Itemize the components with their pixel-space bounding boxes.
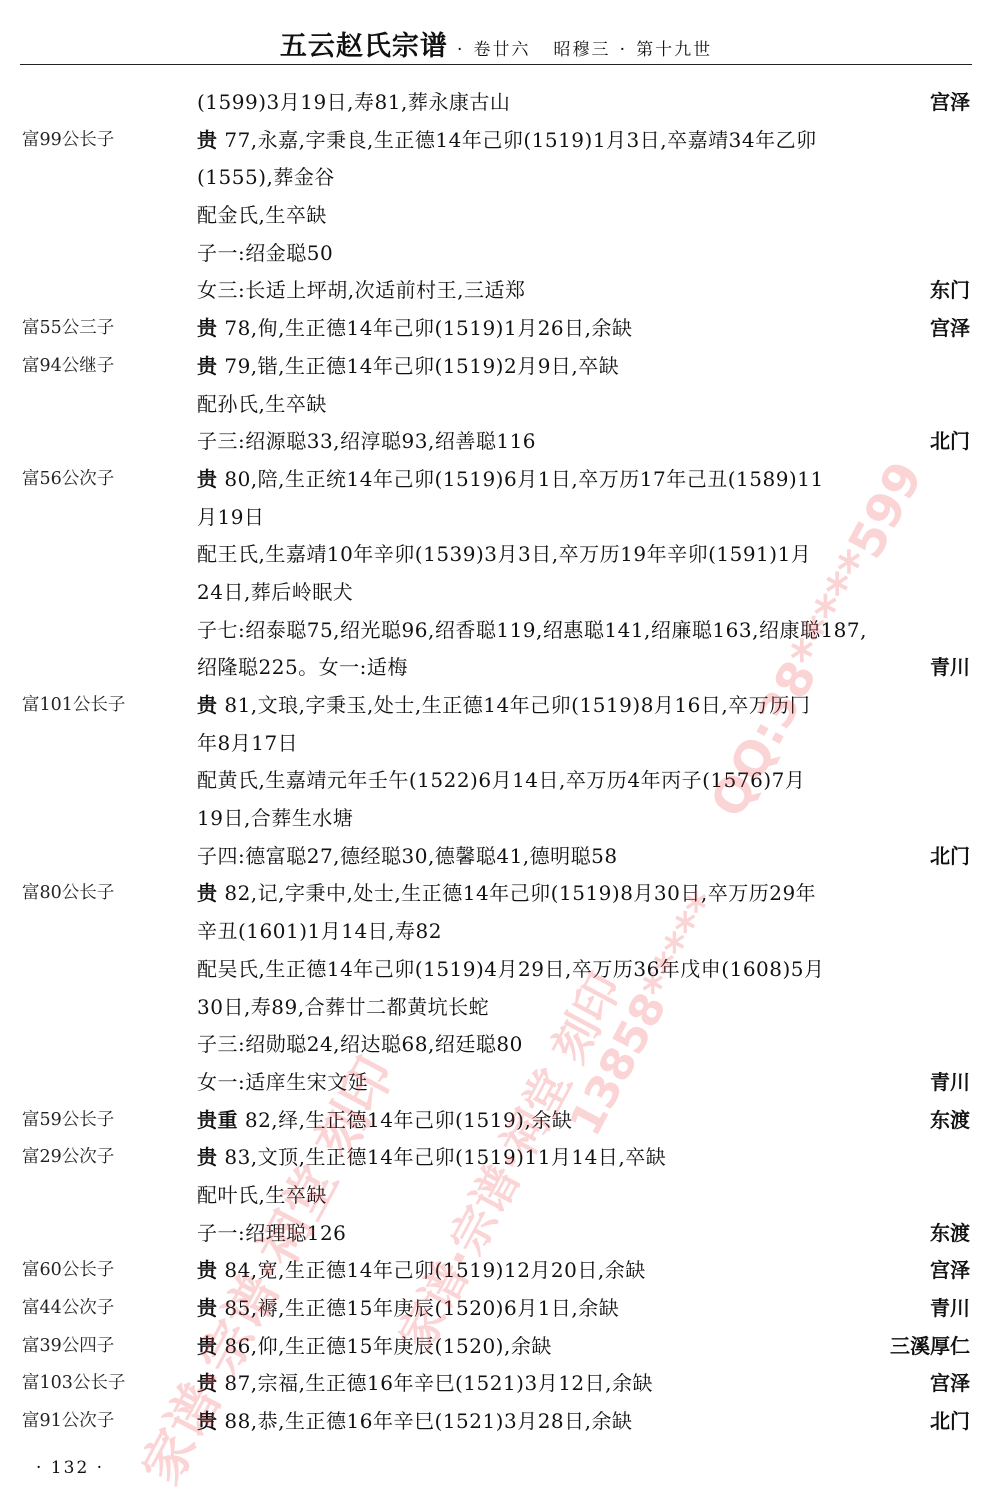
entry-text: 月19日: [197, 499, 264, 537]
entry-line: 富56公次子贵 80,陪,生正统14年己卯(1519)6月1日,卒万历17年己丑…: [0, 461, 992, 499]
entry-text: 贵 83,文顶,生正德14年己卯(1519)11月14日,卒缺: [197, 1139, 666, 1177]
entry-text: 女一:适庠生宋文延: [197, 1064, 368, 1102]
entry-line: 辛丑(1601)1月14日,寿82: [0, 913, 992, 951]
father-label: 富103公长子: [22, 1365, 125, 1403]
entry-body: 配孙氏,生卒缺: [197, 392, 327, 416]
entry-text: 贵 82,记,字秉中,处士,生正德14年己卯(1519)8月30日,卒万历29年: [197, 875, 816, 913]
entry-text: 子三:绍勋聪24,绍达聪68,绍廷聪80: [197, 1026, 523, 1064]
father-label: 富60公长子: [22, 1252, 114, 1290]
entry-line: 子七:绍泰聪75,绍光聪96,绍香聪119,绍惠聪141,绍廉聪163,绍康聪1…: [0, 612, 992, 650]
entry-body: 79,锴,生正德14年己卯(1519)2月9日,卒缺: [224, 354, 619, 378]
entry-text: 贵 80,陪,生正统14年己卯(1519)6月1日,卒万历17年己丑(1589)…: [197, 461, 824, 499]
residence-location: 青川: [930, 1064, 970, 1102]
entry-line: 女一:适庠生宋文延青川: [0, 1064, 992, 1102]
entry-line: 子一:绍金聪50: [0, 235, 992, 273]
entry-text: 配金氏,生卒缺: [197, 197, 327, 235]
entry-body: 女三:长适上坪胡,次适前村王,三适郑: [197, 278, 525, 302]
entry-line: 富101公长子贵 81,文琅,字秉玉,处士,生正德14年己卯(1519)8月16…: [0, 687, 992, 725]
residence-location: 东渡: [930, 1215, 970, 1253]
father-label: 富80公长子: [22, 875, 114, 913]
entry-body: 子三:绍勋聪24,绍达聪68,绍廷聪80: [197, 1032, 523, 1056]
entry-line: 女三:长适上坪胡,次适前村王,三适郑东门: [0, 272, 992, 310]
header-dot: ·: [457, 40, 464, 60]
father-label: 富44公次子: [22, 1290, 114, 1328]
generation-name: 贵: [197, 1371, 218, 1395]
generation-name: 贵: [197, 128, 218, 152]
entry-body: 80,陪,生正统14年己卯(1519)6月1日,卒万历17年己丑(1589)11: [224, 467, 823, 491]
entry-line: 富60公长子贵 84,宽,生正德14年己卯(1519)12月20日,余缺宫泽: [0, 1252, 992, 1290]
entry-line: 配王氏,生嘉靖10年辛卯(1539)3月3日,卒万历19年辛卯(1591)1月: [0, 536, 992, 574]
entry-line: 19日,合葬生水塘: [0, 800, 992, 838]
entry-line: 富80公长子贵 82,记,字秉中,处士,生正德14年己卯(1519)8月30日,…: [0, 875, 992, 913]
entry-text: 贵 78,侚,生正德14年己卯(1519)1月26日,余缺: [197, 310, 633, 348]
entry-line: 富94公继子贵 79,锴,生正德14年己卯(1519)2月9日,卒缺: [0, 348, 992, 386]
entry-line: 富55公三子贵 78,侚,生正德14年己卯(1519)1月26日,余缺宫泽: [0, 310, 992, 348]
father-label: 富55公三子: [22, 310, 114, 348]
residence-location: 宫泽: [930, 1252, 970, 1290]
entry-text: 19日,合葬生水塘: [197, 800, 353, 838]
residence-location: 三溪厚仁: [890, 1328, 970, 1366]
generation-name: 贵: [197, 467, 218, 491]
residence-location: 宫泽: [930, 1365, 970, 1403]
entry-line: 配吴氏,生正德14年己卯(1519)4月29日,卒万历36年戊申(1608)5月: [0, 951, 992, 989]
entry-text: 配吴氏,生正德14年己卯(1519)4月29日,卒万历36年戊申(1608)5月: [197, 951, 825, 989]
generation-name: 贵: [197, 1409, 218, 1433]
entry-line: (1599)3月19日,寿81,葬永康古山宫泽: [0, 84, 992, 122]
entry-body: 配吴氏,生正德14年己卯(1519)4月29日,卒万历36年戊申(1608)5月: [197, 957, 825, 981]
entry-body: 24日,葬后岭眠犬: [197, 580, 353, 604]
entry-line: 富39公四子贵 86,仰,生正德15年庚辰(1520),余缺三溪厚仁: [0, 1328, 992, 1366]
entry-body: 月19日: [197, 505, 264, 529]
entry-body: 年8月17日: [197, 731, 298, 755]
entry-text: 贵 86,仰,生正德15年庚辰(1520),余缺: [197, 1328, 552, 1366]
entry-body: 81,文琅,字秉玉,处士,生正德14年己卯(1519)8月16日,卒万历冂: [224, 693, 810, 717]
entry-text: 子一:绍理聪126: [197, 1215, 346, 1253]
residence-location: 北门: [930, 1403, 970, 1441]
father-label: 富59公长子: [22, 1102, 114, 1140]
entry-body: 绍隆聪225。女一:适梅: [197, 655, 408, 679]
generation-name: 贵: [197, 881, 218, 905]
father-label: 富29公次子: [22, 1139, 114, 1177]
generation-label: 第十九世: [636, 40, 712, 60]
generation-name: 贵: [197, 1145, 218, 1169]
entry-line: 富103公长子贵 87,宗福,生正德16年辛巳(1521)3月12日,余缺宫泽: [0, 1365, 992, 1403]
entry-body: 子七:绍泰聪75,绍光聪96,绍香聪119,绍惠聪141,绍廉聪163,绍康聪1…: [197, 618, 867, 642]
father-label: 富99公长子: [22, 122, 114, 160]
father-label: 富91公次子: [22, 1403, 114, 1441]
entry-text: 子四:德富聪27,德经聪30,德馨聪41,德明聪58: [197, 838, 618, 876]
residence-location: 东渡: [930, 1102, 970, 1140]
residence-location: 青川: [930, 1290, 970, 1328]
generation-name: 贵重: [197, 1108, 238, 1132]
entry-text: 子七:绍泰聪75,绍光聪96,绍香聪119,绍惠聪141,绍廉聪163,绍康聪1…: [197, 612, 867, 650]
entry-body: 辛丑(1601)1月14日,寿82: [197, 919, 442, 943]
father-label: 富94公继子: [22, 348, 114, 386]
generation-name: 贵: [197, 1334, 218, 1358]
entry-body: 配金氏,生卒缺: [197, 203, 327, 227]
entry-body: 78,侚,生正德14年己卯(1519)1月26日,余缺: [224, 316, 632, 340]
entry-body: 配黄氏,生嘉靖元年壬午(1522)6月14日,卒万历4年丙子(1576)7月: [197, 768, 805, 792]
entry-line: 月19日: [0, 499, 992, 537]
entry-text: 女三:长适上坪胡,次适前村王,三适郑: [197, 272, 525, 310]
entry-body: (1555),葬金谷: [197, 165, 335, 189]
generation-name: 贵: [197, 1296, 218, 1320]
entry-body: 30日,寿89,合葬廿二都黄坑长蛇: [197, 995, 489, 1019]
page-header: 五云赵氏宗谱 · 卷廿六 昭穆三 · 第十九世: [0, 24, 992, 63]
entry-text: (1555),葬金谷: [197, 159, 335, 197]
entry-text: 贵 87,宗福,生正德16年辛巳(1521)3月12日,余缺: [197, 1365, 653, 1403]
entry-line: 子三:绍勋聪24,绍达聪68,绍廷聪80: [0, 1026, 992, 1064]
entry-text: 配孙氏,生卒缺: [197, 386, 327, 424]
volume-label: 卷廿六: [473, 40, 530, 60]
father-label: 富101公长子: [22, 687, 125, 725]
entry-body: (1599)3月19日,寿81,葬永康古山: [197, 90, 510, 114]
generation-name: 贵: [197, 693, 218, 717]
entry-text: 贵 81,文琅,字秉玉,处士,生正德14年己卯(1519)8月16日,卒万历冂: [197, 687, 810, 725]
entry-text: 辛丑(1601)1月14日,寿82: [197, 913, 442, 951]
residence-location: 东门: [930, 272, 970, 310]
entry-body: 子三:绍源聪33,绍淳聪93,绍善聪116: [197, 429, 536, 453]
entry-line: 30日,寿89,合葬廿二都黄坑长蛇: [0, 989, 992, 1027]
entry-body: 87,宗福,生正德16年辛巳(1521)3月12日,余缺: [224, 1371, 653, 1395]
entry-line: (1555),葬金谷: [0, 159, 992, 197]
entry-body: 子四:德富聪27,德经聪30,德馨聪41,德明聪58: [197, 844, 618, 868]
entry-line: 富99公长子贵 77,永嘉,字秉良,生正德14年己卯(1519)1月3日,卒嘉靖…: [0, 122, 992, 160]
entry-body: 84,宽,生正德14年己卯(1519)12月20日,余缺: [224, 1258, 645, 1282]
entry-body: 82,绎,生正德14年己卯(1519),余缺: [245, 1108, 572, 1132]
header-rule: [20, 64, 972, 65]
entry-line: 富59公长子贵重 82,绎,生正德14年己卯(1519),余缺东渡: [0, 1102, 992, 1140]
entry-body: 83,文顶,生正德14年己卯(1519)11月14日,卒缺: [224, 1145, 666, 1169]
entry-text: 贵 85,褥,生正德15年庚辰(1520)6月1日,余缺: [197, 1290, 619, 1328]
entry-text: 贵 84,宽,生正德14年己卯(1519)12月20日,余缺: [197, 1252, 646, 1290]
entry-line: 子四:德富聪27,德经聪30,德馨聪41,德明聪58北门: [0, 838, 992, 876]
entry-body: 配叶氏,生卒缺: [197, 1183, 327, 1207]
entry-text: 子三:绍源聪33,绍淳聪93,绍善聪116: [197, 423, 536, 461]
entry-line: 绍隆聪225。女一:适梅青川: [0, 649, 992, 687]
entry-text: 配王氏,生嘉靖10年辛卯(1539)3月3日,卒万历19年辛卯(1591)1月: [197, 536, 811, 574]
residence-location: 宫泽: [930, 310, 970, 348]
entry-body: 85,褥,生正德15年庚辰(1520)6月1日,余缺: [224, 1296, 619, 1320]
section-label: 昭穆三: [554, 40, 611, 60]
entry-text: 贵 88,恭,生正德16年辛巳(1521)3月28日,余缺: [197, 1403, 633, 1441]
residence-location: 北门: [930, 423, 970, 461]
entry-text: 24日,葬后岭眠犬: [197, 574, 353, 612]
entry-line: 配叶氏,生卒缺: [0, 1177, 992, 1215]
entry-text: 贵重 82,绎,生正德14年己卯(1519),余缺: [197, 1102, 572, 1140]
entry-text: 子一:绍金聪50: [197, 235, 333, 273]
entry-body: 配王氏,生嘉靖10年辛卯(1539)3月3日,卒万历19年辛卯(1591)1月: [197, 542, 811, 566]
header-dot-2: ·: [620, 40, 627, 60]
entry-body: 82,记,字秉中,处士,生正德14年己卯(1519)8月30日,卒万历29年: [224, 881, 816, 905]
genealogy-entries: (1599)3月19日,寿81,葬永康古山宫泽富99公长子贵 77,永嘉,字秉良…: [0, 84, 992, 1441]
entry-line: 配黄氏,生嘉靖元年壬午(1522)6月14日,卒万历4年丙子(1576)7月: [0, 762, 992, 800]
entry-line: 24日,葬后岭眠犬: [0, 574, 992, 612]
generation-name: 贵: [197, 316, 218, 340]
entry-body: 子一:绍理聪126: [197, 1221, 346, 1245]
residence-location: 青川: [930, 649, 970, 687]
entry-text: 配叶氏,生卒缺: [197, 1177, 327, 1215]
residence-location: 宫泽: [930, 84, 970, 122]
entry-text: 绍隆聪225。女一:适梅: [197, 649, 408, 687]
page-number: · 132 ·: [36, 1458, 104, 1478]
entry-line: 配金氏,生卒缺: [0, 197, 992, 235]
entry-body: 19日,合葬生水塘: [197, 806, 353, 830]
father-label: 富56公次子: [22, 461, 114, 499]
book-title: 五云赵氏宗谱: [280, 31, 448, 62]
entry-text: 配黄氏,生嘉靖元年壬午(1522)6月14日,卒万历4年丙子(1576)7月: [197, 762, 805, 800]
entry-line: 富44公次子贵 85,褥,生正德15年庚辰(1520)6月1日,余缺青川: [0, 1290, 992, 1328]
entry-text: 30日,寿89,合葬廿二都黄坑长蛇: [197, 989, 489, 1027]
entry-text: 贵 79,锴,生正德14年己卯(1519)2月9日,卒缺: [197, 348, 619, 386]
entry-line: 配孙氏,生卒缺: [0, 386, 992, 424]
entry-body: 77,永嘉,字秉良,生正德14年己卯(1519)1月3日,卒嘉靖34年乙卯: [224, 128, 816, 152]
entry-body: 子一:绍金聪50: [197, 241, 333, 265]
entry-line: 富91公次子贵 88,恭,生正德16年辛巳(1521)3月28日,余缺北门: [0, 1403, 992, 1441]
generation-name: 贵: [197, 354, 218, 378]
entry-text: 贵 77,永嘉,字秉良,生正德14年己卯(1519)1月3日,卒嘉靖34年乙卯: [197, 122, 817, 160]
father-label: 富39公四子: [22, 1328, 114, 1366]
entry-text: (1599)3月19日,寿81,葬永康古山: [197, 84, 510, 122]
entry-line: 年8月17日: [0, 725, 992, 763]
entry-body: 女一:适庠生宋文延: [197, 1070, 368, 1094]
residence-location: 北门: [930, 838, 970, 876]
entry-line: 富29公次子贵 83,文顶,生正德14年己卯(1519)11月14日,卒缺: [0, 1139, 992, 1177]
entry-body: 86,仰,生正德15年庚辰(1520),余缺: [224, 1334, 551, 1358]
entry-text: 年8月17日: [197, 725, 298, 763]
entry-line: 子一:绍理聪126东渡: [0, 1215, 992, 1253]
entry-line: 子三:绍源聪33,绍淳聪93,绍善聪116北门: [0, 423, 992, 461]
entry-body: 88,恭,生正德16年辛巳(1521)3月28日,余缺: [224, 1409, 632, 1433]
generation-name: 贵: [197, 1258, 218, 1282]
